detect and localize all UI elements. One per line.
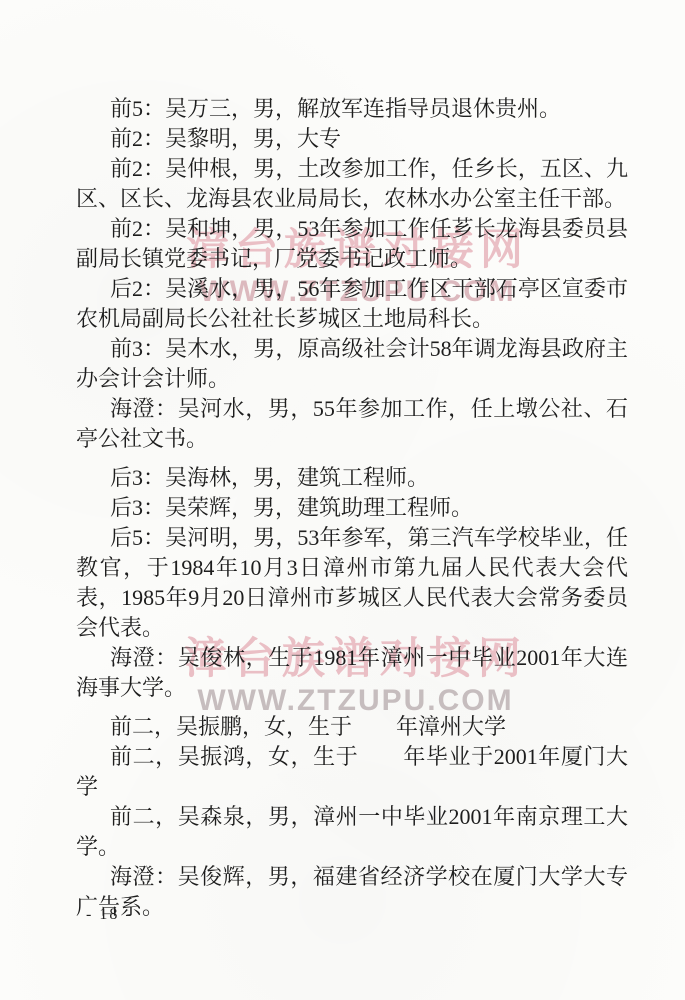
genealogy-entry: 后5：吴河明，男，53年参军，第三汽车学校毕业，任教官，于1984年10月3日漳… bbox=[76, 523, 628, 643]
genealogy-entry: 前二，吴森泉，男，漳州一中毕业2001年南京理工大学。 bbox=[76, 802, 628, 862]
genealogy-entry: 前二，吴振鸿，女，生于 年毕业于2001年厦门大学 bbox=[76, 742, 628, 802]
genealogy-entry: 海澄：吴俊辉，男，福建省经济学校在厦门大学大专广告系。 bbox=[76, 862, 628, 922]
genealogy-entry: 海澄：吴河水，男，55年参加工作，任上墩公社、石亭公社文书。 bbox=[76, 394, 628, 454]
genealogy-entry: 后2：吴溪水，男，56年参加工作区干部石亭区宣委市农机局副局长公社社长芗城区土地… bbox=[76, 274, 628, 334]
genealogy-entry: 后3：吴荣辉，男，建筑助理工程师。 bbox=[76, 493, 628, 523]
page-number: - 18 - bbox=[86, 906, 133, 924]
genealogy-entry: 海澄：吴俊林，生于1981年漳州一中毕业2001年大连海事大学。 bbox=[76, 643, 628, 703]
genealogy-entry: 前2：吴和坤，男，53年参加工作任芗长龙海县委员县副局长镇党委书记，厂党委书记政… bbox=[76, 214, 628, 274]
scanned-genealogy-page: 漳台族谱对接网 WWW.ZTZUPU.COM 漳台族谱对接网 WWW.ZTZUP… bbox=[0, 0, 685, 1000]
body-text: 前5：吴万三，男，解放军连指导员退休贵州。 前2：吴黎明，男，大专 前2：吴仲根… bbox=[76, 94, 628, 922]
genealogy-entry: 前2：吴黎明，男，大专 bbox=[76, 124, 628, 154]
genealogy-entry: 前2：吴仲根，男，土改参加工作，任乡长，五区、九区、区长、龙海县农业局局长，农林… bbox=[76, 154, 628, 214]
genealogy-entry: 前5：吴万三，男，解放军连指导员退休贵州。 bbox=[76, 94, 628, 124]
genealogy-entry: 前二，吴振鹏，女，生于 年漳州大学 bbox=[76, 712, 628, 742]
genealogy-entry: 后3：吴海林，男，建筑工程师。 bbox=[76, 463, 628, 493]
genealogy-entry: 前3：吴木水，男，原高级社会计58年调龙海县政府主办会计会计师。 bbox=[76, 334, 628, 394]
